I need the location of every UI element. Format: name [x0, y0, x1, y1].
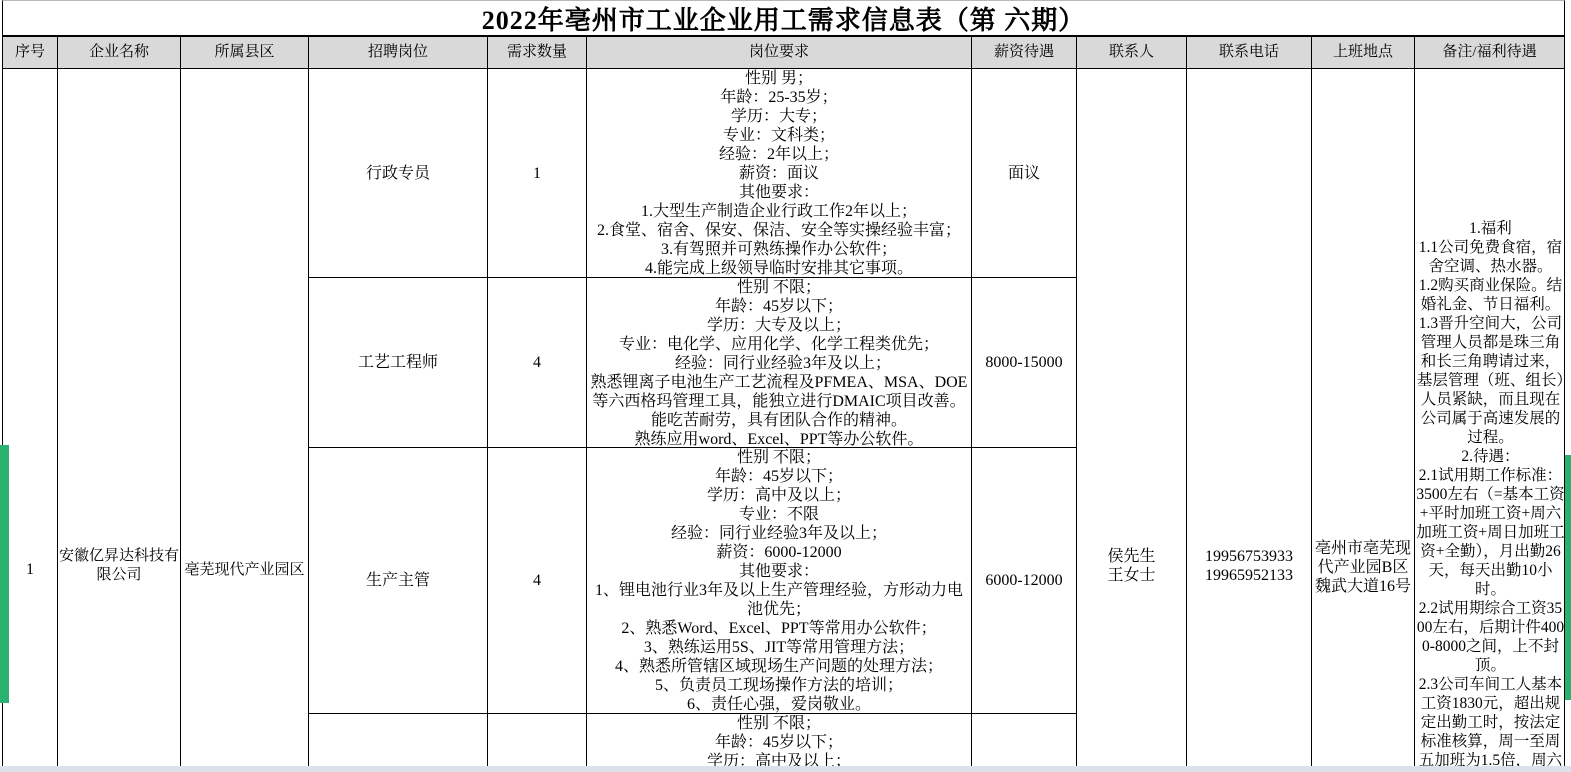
column-header-remarks: 备注/福利待遇 — [1414, 35, 1565, 68]
cell-remarks: 1.福利 1.1公司免费食宿，宿舍空调、热水器。 1.2购买商业保险。结婚礼金、… — [1414, 68, 1565, 772]
cell-location: 亳州市亳芜现代产业园B区魏武大道16号 — [1311, 68, 1414, 772]
cell-position-2: 工艺工程师 — [308, 277, 487, 447]
left-edge-scroll-indicator — [0, 445, 9, 703]
column-header-seq: 序号 — [2, 35, 57, 68]
cell-salary-2: 8000-15000 — [971, 277, 1076, 447]
cell-salary-1: 面议 — [971, 68, 1076, 277]
phone-numbers: 19956753933 19965952133 — [1187, 547, 1311, 585]
cell-quantity-2: 4 — [487, 277, 586, 447]
contact-names: 侯先生 王女士 — [1077, 547, 1186, 585]
cell-salary-3: 6000-12000 — [971, 447, 1076, 713]
column-header-requirements: 岗位要求 — [586, 35, 971, 68]
seq-value: 1 — [3, 560, 57, 579]
cell-position-4 — [308, 713, 487, 772]
spreadsheet-page: 2022年亳州市工业企业用工需求信息表（第 六期） 序号 企业名称 所属县区 招… — [0, 0, 1571, 772]
cell-quantity-4 — [487, 713, 586, 772]
cell-phone: 19956753933 19965952133 — [1186, 68, 1311, 772]
cell-position-1: 行政专员 — [308, 68, 487, 277]
page-title: 2022年亳州市工业企业用工需求信息表（第 六期） — [2, 0, 1565, 35]
remarks-text: 1.福利 1.1公司免费食宿，宿舍空调、热水器。 1.2购买商业保险。结婚礼金、… — [1415, 219, 1566, 770]
cell-quantity-1: 1 — [487, 68, 586, 277]
column-header-location: 上班地点 — [1311, 35, 1414, 68]
company-name: 安徽亿昇达科技有限公司 — [58, 547, 180, 585]
bottom-window-edge — [0, 766, 1571, 772]
cell-requirements-3: 性别 不限； 年龄：45岁以下； 学历：高中及以上； 专业：不限 经验：同行业经… — [586, 447, 971, 713]
work-location: 亳州市亳芜现代产业园B区魏武大道16号 — [1312, 539, 1414, 596]
column-header-salary: 薪资待遇 — [971, 35, 1076, 68]
column-header-district: 所属县区 — [180, 35, 308, 68]
cell-contact: 侯先生 王女士 — [1076, 68, 1186, 772]
column-header-position: 招聘岗位 — [308, 35, 487, 68]
column-header-contact: 联系人 — [1076, 35, 1186, 68]
cell-requirements-1: 性别 男； 年龄：25-35岁； 学历：大专； 专业：文科类； 经验：2年以上；… — [586, 68, 971, 277]
cell-quantity-3: 4 — [487, 447, 586, 713]
cell-requirements-2: 性别 不限； 年龄：45岁以下； 学历：大专及以上； 专业：电化学、应用化学、化… — [586, 277, 971, 447]
column-header-phone: 联系电话 — [1186, 35, 1311, 68]
cell-seq: 1 — [2, 68, 57, 772]
cell-district: 亳芜现代产业园区 — [180, 68, 308, 772]
cell-requirements-4: 性别 不限； 年龄：45岁以下； 学历：高中及以上； — [586, 713, 971, 772]
column-header-company: 企业名称 — [57, 35, 180, 68]
column-header-quantity: 需求数量 — [487, 35, 586, 68]
cell-salary-4 — [971, 713, 1076, 772]
district-name: 亳芜现代产业园区 — [181, 561, 308, 580]
right-edge-scroll-indicator — [1565, 455, 1571, 700]
cell-company: 安徽亿昇达科技有限公司 — [57, 68, 180, 772]
cell-position-3: 生产主管 — [308, 447, 487, 713]
